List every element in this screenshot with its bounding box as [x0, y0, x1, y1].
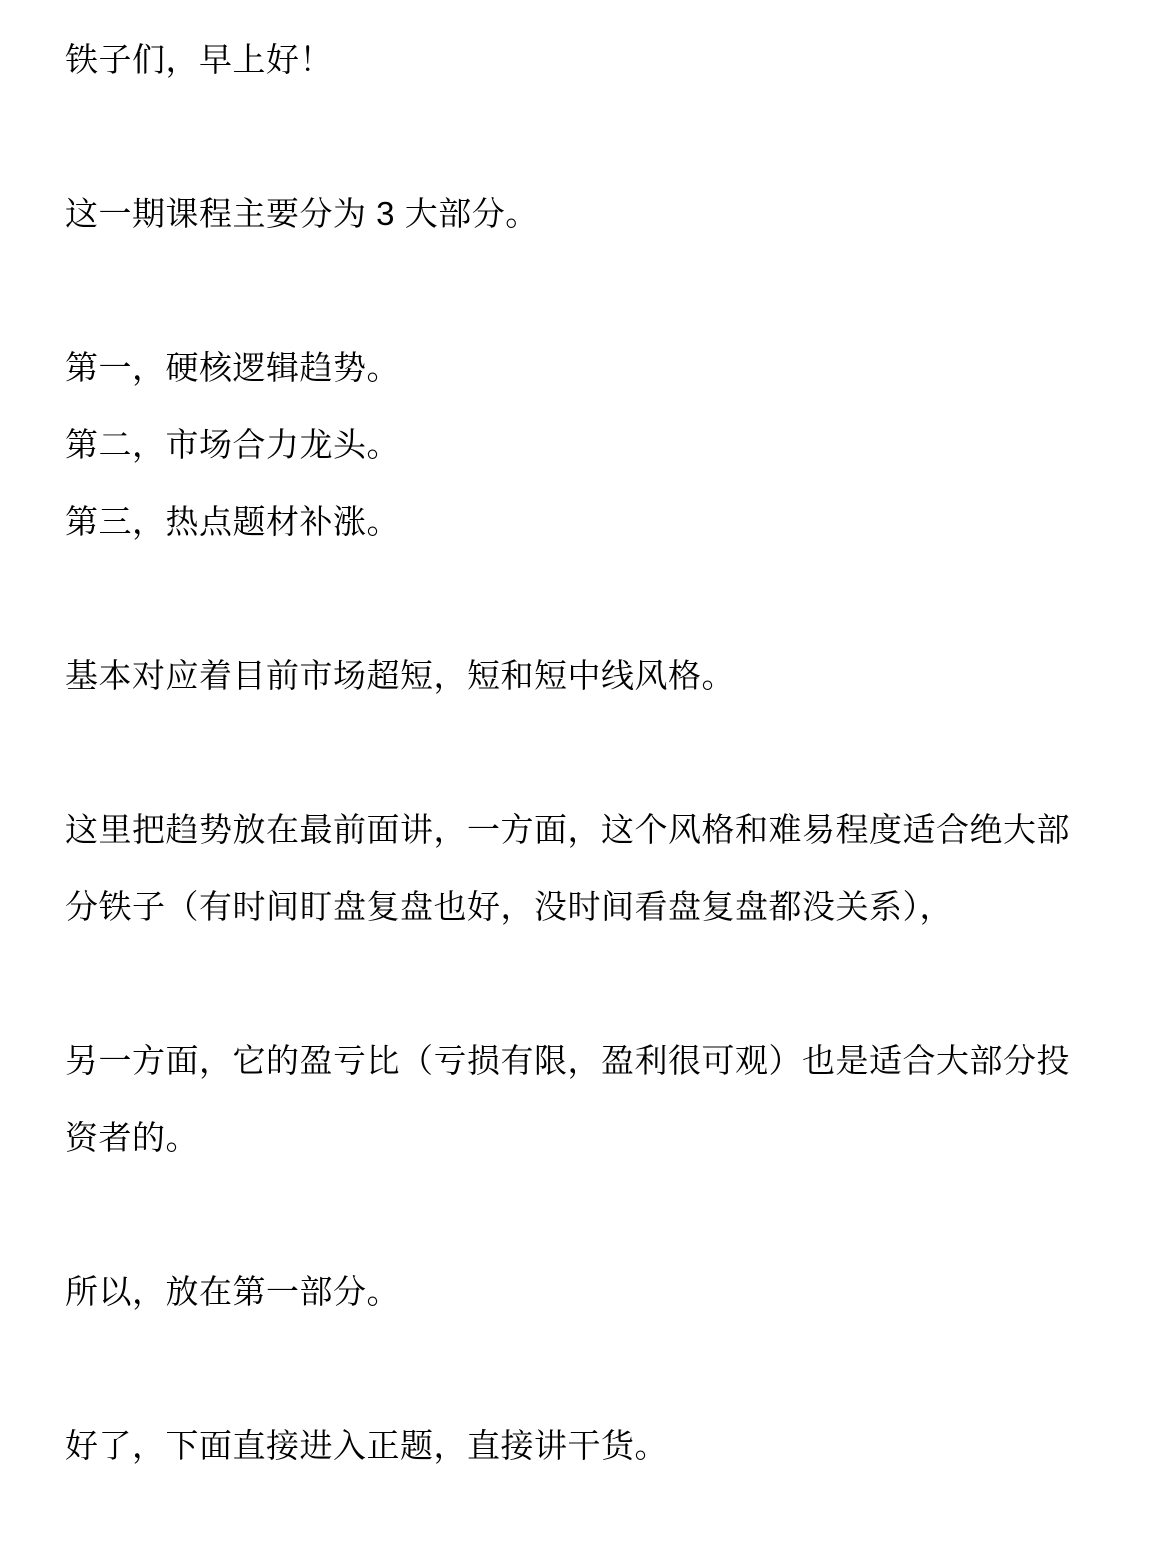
paragraph-market-styles: 基本对应着目前市场超短，短和短中线风格。 [65, 637, 1105, 714]
text-line: 分铁子（有时间盯盘复盘也好，没时间看盘复盘都没关系）， [65, 868, 1105, 945]
paragraph-course-overview: 这一期课程主要分为 3 大部分。 [65, 175, 1105, 252]
text-line: 第二，市场合力龙头。 [65, 406, 1105, 483]
text-line: 资者的。 [65, 1099, 1105, 1176]
paragraph-conclusion: 所以，放在第一部分。 [65, 1253, 1105, 1330]
paragraph-part-three: 第三，热点题材补涨。 [65, 483, 1105, 560]
text-line: 好了，下面直接进入正题，直接讲干货。 [65, 1407, 1105, 1484]
text-line: 另一方面，它的盈亏比（亏损有限，盈利很可观）也是适合大部分投 [65, 1022, 1105, 1099]
text-line: 第三，热点题材补涨。 [65, 483, 1105, 560]
paragraph-trend-reason-1: 这里把趋势放在最前面讲，一方面，这个风格和难易程度适合绝大部 分铁子（有时间盯盘… [65, 791, 1105, 945]
paragraph-trend-reason-2: 另一方面，它的盈亏比（亏损有限，盈利很可观）也是适合大部分投 资者的。 [65, 1022, 1105, 1176]
paragraph-part-one: 第一，硬核逻辑趋势。 [65, 329, 1105, 406]
paragraph-greeting: 铁子们，早上好！ [65, 21, 1105, 98]
text-line: 所以，放在第一部分。 [65, 1253, 1105, 1330]
text-line: 这一期课程主要分为 3 大部分。 [65, 175, 1105, 252]
text-line: 第一，硬核逻辑趋势。 [65, 329, 1105, 406]
paragraph-part-two: 第二，市场合力龙头。 [65, 406, 1105, 483]
text-line: 铁子们，早上好！ [65, 21, 1105, 98]
document-page: 铁子们，早上好！ 这一期课程主要分为 3 大部分。 第一，硬核逻辑趋势。 第二，… [0, 0, 1150, 1543]
text-line: 这里把趋势放在最前面讲，一方面，这个风格和难易程度适合绝大部 [65, 791, 1105, 868]
text-line: 基本对应着目前市场超短，短和短中线风格。 [65, 637, 1105, 714]
paragraph-transition: 好了，下面直接进入正题，直接讲干货。 [65, 1407, 1105, 1484]
